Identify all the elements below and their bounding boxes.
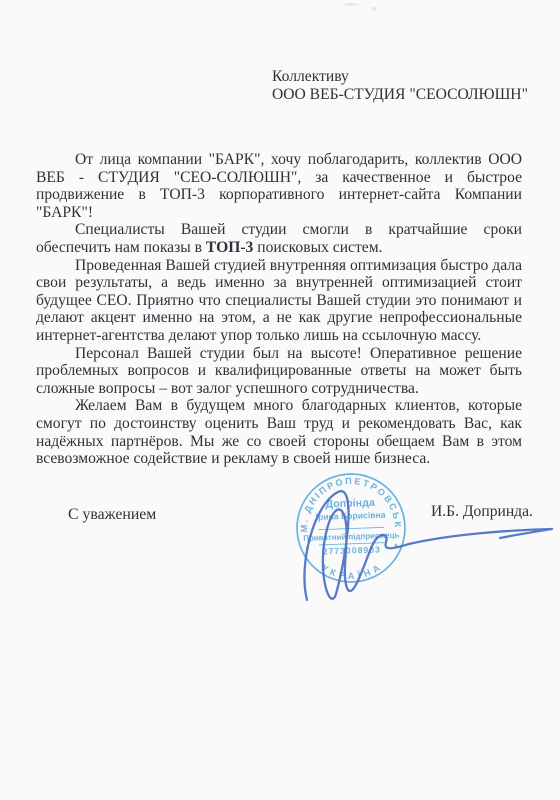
closing-salutation: С уважением (68, 506, 156, 524)
paragraph-wishes: Желаем Вам в будущем много благодарных к… (36, 397, 522, 467)
addressee-line-1: Коллективу (272, 68, 528, 86)
handwritten-signature (290, 478, 560, 614)
paragraph-optimization: Проведенная Вашей студией внутренняя опт… (36, 257, 522, 345)
addressee-block: Коллективу ООО ВЕБ-СТУДИЯ "СЕОСОЛЮШН" (272, 68, 528, 104)
signature-stroke (304, 491, 552, 600)
scanned-letter-page: Коллективу ООО ВЕБ-СТУДИЯ "СЕОСОЛЮШН" От… (0, 0, 560, 800)
letter-body: От лица компании "БАРК", хочу поблагодар… (36, 151, 522, 468)
paragraph-top3-results: Специалисты Вашей студии смогли в кратча… (36, 221, 522, 256)
scan-speck (344, 3, 358, 6)
paragraph-top3-bold: ТОП-3 (206, 239, 253, 256)
paragraph-personnel: Персонал Вашей студии был на высоте! Опе… (36, 345, 522, 398)
paragraph-gratitude: От лица компании "БАРК", хочу поблагодар… (36, 151, 522, 221)
scan-speck (371, 7, 377, 11)
addressee-line-2: ООО ВЕБ-СТУДИЯ "СЕОСОЛЮШН" (272, 86, 528, 104)
paragraph-top3-after: поисковых систем. (253, 239, 382, 256)
